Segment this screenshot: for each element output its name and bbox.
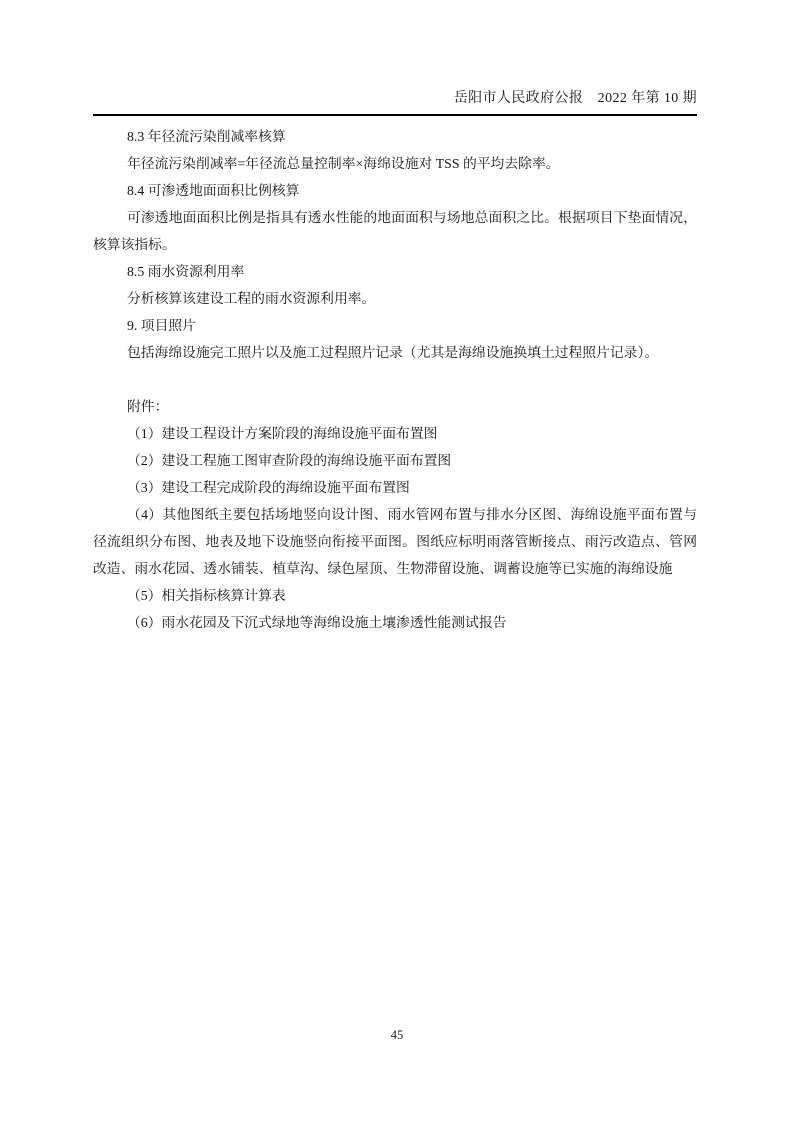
attachment-item-4: （4）其他图纸主要包括场地竖向设计图、雨水管网布置与排水分区图、海绵设施平面布置… bbox=[93, 501, 697, 582]
header-divider bbox=[93, 114, 697, 116]
attachment-item-5: （5）相关指标核算计算表 bbox=[93, 582, 697, 609]
attachment-item-6: （6）雨水花园及下沉式绿地等海绵设施土壤渗透性能测试报告 bbox=[93, 609, 697, 636]
document-body: 8.3 年径流污染削减率核算 年径流污染削减率=年径流总量控制率×海绵设施对 T… bbox=[93, 123, 697, 636]
paragraph-runoff-pollution-formula: 年径流污染削减率=年径流总量控制率×海绵设施对 TSS 的平均去除率。 bbox=[93, 150, 697, 177]
gazette-title: 岳阳市人民政府公报 2022 年第 10 期 bbox=[454, 91, 697, 106]
section-heading-9: 9. 项目照片 bbox=[93, 312, 697, 339]
attachment-item-3: （3）建设工程完成阶段的海绵设施平面布置图 bbox=[93, 474, 697, 501]
paragraph-project-photos: 包括海绵设施完工照片以及施工过程照片记录（尤其是海绵设施换填土过程照片记录）。 bbox=[93, 339, 697, 366]
section-heading-8-4: 8.4 可渗透地面面积比例核算 bbox=[93, 177, 697, 204]
section-heading-8-3: 8.3 年径流污染削减率核算 bbox=[93, 123, 697, 150]
gazette-page: 岳阳市人民政府公报 2022 年第 10 期 8.3 年径流污染削减率核算 年径… bbox=[0, 0, 794, 1122]
page-number: 45 bbox=[0, 1027, 794, 1043]
paragraph-rainwater-utilization: 分析核算该建设工程的雨水资源利用率。 bbox=[93, 285, 697, 312]
attachments-label: 附件： bbox=[93, 393, 697, 420]
section-heading-8-5: 8.5 雨水资源利用率 bbox=[93, 258, 697, 285]
attachment-item-1: （1）建设工程设计方案阶段的海绵设施平面布置图 bbox=[93, 420, 697, 447]
page-header: 岳阳市人民政府公报 2022 年第 10 期 bbox=[93, 88, 697, 110]
attachment-item-2: （2）建设工程施工图审查阶段的海绵设施平面布置图 bbox=[93, 447, 697, 474]
page-content: 岳阳市人民政府公报 2022 年第 10 期 8.3 年径流污染削减率核算 年径… bbox=[93, 88, 697, 636]
paragraph-permeable-area: 可渗透地面面积比例是指具有透水性能的地面面积与场地总面积之比。根据项目下垫面情况… bbox=[93, 204, 697, 258]
